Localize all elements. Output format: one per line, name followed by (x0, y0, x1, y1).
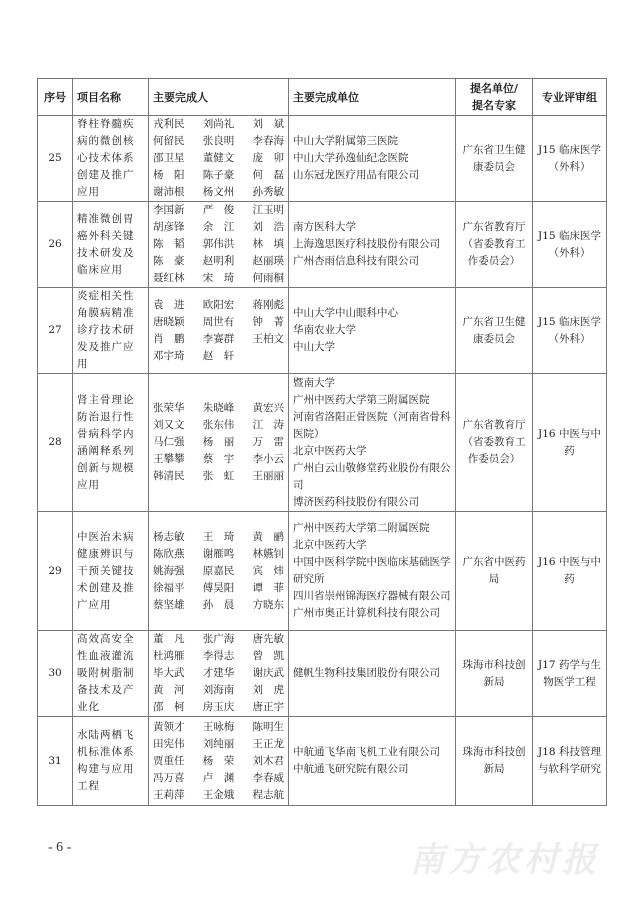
person-name: 王丽丽 (240, 468, 284, 485)
person-name: 刘纯丽 (197, 736, 241, 753)
person-name: 邵卫星 (153, 150, 197, 167)
person-name: 王咏梅 (197, 719, 241, 736)
header-nominator: 提名单位/ 提名专家 (456, 79, 533, 116)
person-name: 刘 浩 (240, 219, 284, 236)
cell-nominator: 广东省卫生健康委员会 (456, 288, 533, 374)
people-line: 陈 韬郭伟洪林 填 (153, 236, 284, 253)
header-nominator-line1: 提名单位/ (460, 80, 528, 97)
person-name: 肖 鹏 (153, 331, 197, 348)
unit-name: 上海逸思医疗科技股份有限公司 (293, 236, 451, 253)
cell-review-group: J15 临床医学（外科） (533, 202, 607, 288)
cell-seq: 30 (38, 631, 73, 717)
unit-name: 中航通飞华南飞机工业有限公司 (293, 744, 451, 761)
people-line: 张荣华朱晓峰黄宏兴 (153, 400, 284, 417)
cell-people: 杨志敏王 琦黄 鹂陈欣燕谢雁鸣林嬿钊姚海强原嘉民宾 炜徐福平傅昊阳谭 菲蔡坚雄孙… (149, 512, 289, 631)
person-name: 谢雁鸣 (197, 546, 241, 563)
person-name: 张良明 (197, 133, 241, 150)
person-name: 戎利民 (153, 116, 197, 133)
people-line: 唐晓颖周世有钟 菁 (153, 314, 284, 331)
person-name: 王攀攀 (153, 451, 197, 468)
person-name: 林嬿钊 (240, 546, 284, 563)
person-name: 卢 渊 (197, 770, 241, 787)
cell-people: 黄领才王咏梅陈明生田宪伟刘纯丽王正龙贾重任杨 荣刘木君冯万喜卢 渊李春威王莉萍王… (149, 717, 289, 806)
person-name: 张荣华 (153, 400, 197, 417)
unit-name: 博济医药科技股份有限公司 (293, 494, 451, 511)
person-name: 张 虹 (197, 468, 241, 485)
people-line: 谢沛根杨文州孙秀敏 (153, 184, 284, 201)
person-name: 何雨桐 (240, 270, 284, 287)
person-name: 江玉明 (240, 202, 284, 219)
person-name: 董 凡 (153, 631, 197, 648)
person-name: 贾重任 (153, 753, 197, 770)
person-name: 傅昊阳 (197, 580, 241, 597)
person-name: 徐福平 (153, 580, 197, 597)
cell-seq: 27 (38, 288, 73, 374)
person-name: 周世有 (197, 314, 241, 331)
cell-nominator: 广东省卫生健康委员会 (456, 116, 533, 202)
people-line: 肖 鹏李赛群王柏文 (153, 331, 284, 348)
unit-name: 华南农业大学 (293, 322, 451, 339)
unit-name: 北京中医药大学 (293, 443, 451, 460)
cell-seq: 26 (38, 202, 73, 288)
person-name: 刘海南 (197, 682, 241, 699)
cell-units: 健帆生物科技集团股份有限公司 (289, 631, 456, 717)
cell-nominator: 广东省中医药局 (456, 512, 533, 631)
unit-name: 北京中医药大学 (293, 537, 451, 554)
person-name: 唐正宇 (240, 699, 284, 716)
cell-people: 董 凡张广海唐先敏杜鸿雁李得志曾 凯毕大武才建华谢庆武黄 河刘海南刘 虎邵 柯房… (149, 631, 289, 717)
person-name: 姚海强 (153, 563, 197, 580)
person-name: 赵明利 (197, 253, 241, 270)
person-name: 李得志 (197, 648, 241, 665)
person-name: 王金娥 (197, 787, 241, 804)
unit-name: 中航通飞研究院有限公司 (293, 761, 451, 778)
person-name: 程志航 (240, 787, 284, 804)
person-name: 刘尚礼 (197, 116, 241, 133)
cell-seq: 29 (38, 512, 73, 631)
person-name: 陈 豪 (153, 253, 197, 270)
people-line: 黄 河刘海南刘 虎 (153, 682, 284, 699)
header-group: 专业评审组 (533, 79, 607, 116)
unit-name: 健帆生物科技集团股份有限公司 (293, 665, 451, 682)
person-name: 严 俊 (197, 202, 241, 219)
cell-units: 广州中医药大学第二附属医院北京中医药大学中国中医科学院中医临床基础医学研究所四川… (289, 512, 456, 631)
person-name: 李春威 (240, 770, 284, 787)
person-name: 欧阳宏 (197, 297, 241, 314)
people-line: 毕大武才建华谢庆武 (153, 665, 284, 682)
person-name: 宾 炜 (240, 563, 284, 580)
table-row: 28肾主骨理论防治退行性骨病科学内涵阐释系列创新与规模应用张荣华朱晓峰黄宏兴刘又… (38, 374, 607, 512)
person-name: 余 江 (197, 219, 241, 236)
unit-name: 中国中医科学院中医临床基础医学研究所 (293, 554, 451, 588)
person-name: 林 填 (240, 236, 284, 253)
cell-units: 中山大学附属第三医院中山大学孙逸仙纪念医院山东冠龙医疗用品有限公司 (289, 116, 456, 202)
person-name: 万 雷 (240, 434, 284, 451)
person-name: 邓宇琦 (153, 348, 197, 365)
people-line: 聂红林宋 琦何雨桐 (153, 270, 284, 287)
person-name (240, 348, 284, 365)
people-line: 陈欣燕谢雁鸣林嬿钊 (153, 546, 284, 563)
person-name: 张东伟 (197, 417, 241, 434)
people-line: 王攀攀蔡 宇李小云 (153, 451, 284, 468)
header-project: 项目名称 (73, 79, 149, 116)
document-page: 序号 项目名称 主要完成人 主要完成单位 提名单位/ 提名专家 专业评审组 25… (0, 0, 640, 905)
person-name: 黄领才 (153, 719, 197, 736)
person-name: 刘木君 (240, 753, 284, 770)
people-line: 刘又文张东伟江 涛 (153, 417, 284, 434)
unit-name: 广州杏雨信息科技有限公司 (293, 253, 451, 270)
unit-name: 广州中医药大学第三附属医院 (293, 392, 451, 409)
people-line: 董 凡张广海唐先敏 (153, 631, 284, 648)
cell-project-name: 精准微创胃癌外科关键技术研发及临床应用 (73, 202, 149, 288)
person-name: 郭伟洪 (197, 236, 241, 253)
cell-review-group: J16 中医与中药 (533, 512, 607, 631)
table-row: 25脊柱脊髓疾病的微创核心技术体系创建及推广应用戎利民刘尚礼刘 斌何留民张良明李… (38, 116, 607, 202)
page-number: - 6 - (48, 840, 71, 856)
table-row: 31水陆两栖飞机标准体系构建与应用工程黄领才王咏梅陈明生田宪伟刘纯丽王正龙贾重任… (38, 717, 607, 806)
person-name: 才建华 (197, 665, 241, 682)
cell-review-group: J18 科技管理与软科学研究 (533, 717, 607, 806)
cell-people: 袁 进欧阳宏蒋刚彪唐晓颖周世有钟 菁肖 鹏李赛群王柏文邓宇琦赵 轩 (149, 288, 289, 374)
person-name: 赵丽瑛 (240, 253, 284, 270)
people-line: 胡彦锋余 江刘 浩 (153, 219, 284, 236)
person-name: 蔡 宇 (197, 451, 241, 468)
cell-seq: 31 (38, 717, 73, 806)
person-name: 钟 菁 (240, 314, 284, 331)
person-name: 杨 丽 (197, 434, 241, 451)
unit-name: 广州中医药大学第二附属医院 (293, 520, 451, 537)
people-line: 杨志敏王 琦黄 鹂 (153, 529, 284, 546)
person-name: 黄 鹂 (240, 529, 284, 546)
table-body: 25脊柱脊髓疾病的微创核心技术体系创建及推广应用戎利民刘尚礼刘 斌何留民张良明李… (38, 116, 607, 806)
person-name: 谭 菲 (240, 580, 284, 597)
people-line: 何留民张良明李春海 (153, 133, 284, 150)
person-name: 李春海 (240, 133, 284, 150)
unit-name: 河南省洛阳正骨医院（河南省骨科医院） (293, 409, 451, 443)
person-name: 冯万喜 (153, 770, 197, 787)
person-name: 何留民 (153, 133, 197, 150)
person-name: 李国新 (153, 202, 197, 219)
people-line: 邵 柯房玉庆唐正宇 (153, 699, 284, 716)
unit-name: 广州白云山敬修堂药业股份有限公司 (293, 460, 451, 494)
header-people: 主要完成人 (149, 79, 289, 116)
cell-units: 南方医科大学上海逸思医疗科技股份有限公司广州杏雨信息科技有限公司 (289, 202, 456, 288)
cell-review-group: J15 临床医学（外科） (533, 288, 607, 374)
person-name: 蒋刚彪 (240, 297, 284, 314)
people-line: 冯万喜卢 渊李春威 (153, 770, 284, 787)
people-line: 袁 进欧阳宏蒋刚彪 (153, 297, 284, 314)
people-line: 王莉萍王金娥程志航 (153, 787, 284, 804)
watermark-logo: 南方农村报 (410, 832, 600, 881)
person-name: 杨 荣 (197, 753, 241, 770)
award-table: 序号 项目名称 主要完成人 主要完成单位 提名单位/ 提名专家 专业评审组 25… (37, 78, 607, 806)
people-line: 贾重任杨 荣刘木君 (153, 753, 284, 770)
people-line: 邓宇琦赵 轩 (153, 348, 284, 365)
unit-name: 山东冠龙医疗用品有限公司 (293, 167, 451, 184)
cell-project-name: 炎症相关性角膜病精准诊疗技术研发及推广应用 (73, 288, 149, 374)
person-name: 何 磊 (240, 167, 284, 184)
people-line: 戎利民刘尚礼刘 斌 (153, 116, 284, 133)
person-name: 李赛群 (197, 331, 241, 348)
people-line: 杜鸿雁李得志曾 凯 (153, 648, 284, 665)
person-name: 唐先敏 (240, 631, 284, 648)
person-name: 胡彦锋 (153, 219, 197, 236)
unit-name: 中山大学 (293, 339, 451, 356)
cell-seq: 28 (38, 374, 73, 512)
person-name: 张广海 (197, 631, 241, 648)
person-name: 王正龙 (240, 736, 284, 753)
cell-units: 暨南大学广州中医药大学第三附属医院河南省洛阳正骨医院（河南省骨科医院）北京中医药… (289, 374, 456, 512)
people-line: 韩清民张 虹王丽丽 (153, 468, 284, 485)
person-name: 邵 柯 (153, 699, 197, 716)
cell-nominator: 广东省教育厅（省委教育工作委员会） (456, 202, 533, 288)
person-name: 王柏文 (240, 331, 284, 348)
cell-project-name: 脊柱脊髓疾病的微创核心技术体系创建及推广应用 (73, 116, 149, 202)
person-name: 王 琦 (197, 529, 241, 546)
person-name: 毕大武 (153, 665, 197, 682)
people-line: 姚海强原嘉民宾 炜 (153, 563, 284, 580)
person-name: 董健文 (197, 150, 241, 167)
person-name: 陈明生 (240, 719, 284, 736)
person-name: 刘 斌 (240, 116, 284, 133)
person-name: 陈子豪 (197, 167, 241, 184)
unit-name: 暨南大学 (293, 375, 451, 392)
cell-nominator: 珠海市科技创新局 (456, 631, 533, 717)
cell-project-name: 高效高安全性血液灌流吸附树脂制备技术及产业化 (73, 631, 149, 717)
cell-nominator: 广东省教育厅（省委教育工作委员会） (456, 374, 533, 512)
cell-seq: 25 (38, 116, 73, 202)
header-units: 主要完成单位 (289, 79, 456, 116)
cell-project-name: 中医治未病健康辨识与干预关键技术创建及推广应用 (73, 512, 149, 631)
people-line: 田宪伟刘纯丽王正龙 (153, 736, 284, 753)
person-name: 庞 卯 (240, 150, 284, 167)
people-line: 陈 豪赵明利赵丽瑛 (153, 253, 284, 270)
unit-name: 中山大学附属第三医院 (293, 133, 451, 150)
person-name: 方晓东 (240, 597, 284, 614)
unit-name: 广州市奥正计算机科技有限公司 (293, 605, 451, 622)
cell-project-name: 肾主骨理论防治退行性骨病科学内涵阐释系列创新与规模应用 (73, 374, 149, 512)
person-name: 聂红林 (153, 270, 197, 287)
cell-people: 戎利民刘尚礼刘 斌何留民张良明李春海邵卫星董健文庞 卯杨 阳陈子豪何 磊谢沛根杨… (149, 116, 289, 202)
people-line: 马仁强杨 丽万 雷 (153, 434, 284, 451)
people-line: 黄领才王咏梅陈明生 (153, 719, 284, 736)
person-name: 杜鸿雁 (153, 648, 197, 665)
person-name: 陈欣燕 (153, 546, 197, 563)
person-name: 曾 凯 (240, 648, 284, 665)
unit-name: 中山大学中山眼科中心 (293, 305, 451, 322)
people-line: 徐福平傅昊阳谭 菲 (153, 580, 284, 597)
cell-review-group: J17 药学与生物医学工程 (533, 631, 607, 717)
cell-units: 中山大学中山眼科中心华南农业大学中山大学 (289, 288, 456, 374)
header-seq: 序号 (38, 79, 73, 116)
person-name: 宋 琦 (197, 270, 241, 287)
header-nominator-line2: 提名专家 (460, 97, 528, 114)
people-line: 蔡坚雄孙 晨方晓东 (153, 597, 284, 614)
person-name: 谢庆武 (240, 665, 284, 682)
person-name: 刘又文 (153, 417, 197, 434)
person-name: 赵 轩 (197, 348, 241, 365)
person-name: 田宪伟 (153, 736, 197, 753)
table-row: 27炎症相关性角膜病精准诊疗技术研发及推广应用袁 进欧阳宏蒋刚彪唐晓颖周世有钟 … (38, 288, 607, 374)
cell-review-group: J16 中医与中药 (533, 374, 607, 512)
cell-project-name: 水陆两栖飞机标准体系构建与应用工程 (73, 717, 149, 806)
person-name: 江 涛 (240, 417, 284, 434)
people-line: 杨 阳陈子豪何 磊 (153, 167, 284, 184)
people-line: 李国新严 俊江玉明 (153, 202, 284, 219)
table-row: 29中医治未病健康辨识与干预关键技术创建及推广应用杨志敏王 琦黄 鹂陈欣燕谢雁鸣… (38, 512, 607, 631)
unit-name: 四川省崇州锦海医疗器械有限公司 (293, 588, 451, 605)
person-name: 房玉庆 (197, 699, 241, 716)
cell-nominator: 珠海市科技创新局 (456, 717, 533, 806)
person-name: 杨志敏 (153, 529, 197, 546)
person-name: 蔡坚雄 (153, 597, 197, 614)
unit-name: 南方医科大学 (293, 219, 451, 236)
person-name: 袁 进 (153, 297, 197, 314)
unit-name: 中山大学孙逸仙纪念医院 (293, 150, 451, 167)
person-name: 陈 韬 (153, 236, 197, 253)
person-name: 黄 河 (153, 682, 197, 699)
person-name: 马仁强 (153, 434, 197, 451)
table-row: 26精准微创胃癌外科关键技术研发及临床应用李国新严 俊江玉明胡彦锋余 江刘 浩陈… (38, 202, 607, 288)
person-name: 黄宏兴 (240, 400, 284, 417)
cell-units: 中航通飞华南飞机工业有限公司中航通飞研究院有限公司 (289, 717, 456, 806)
person-name: 孙 晨 (197, 597, 241, 614)
person-name: 王莉萍 (153, 787, 197, 804)
person-name: 李小云 (240, 451, 284, 468)
person-name: 杨 阳 (153, 167, 197, 184)
cell-review-group: J15 临床医学（外科） (533, 116, 607, 202)
person-name: 原嘉民 (197, 563, 241, 580)
cell-people: 张荣华朱晓峰黄宏兴刘又文张东伟江 涛马仁强杨 丽万 雷王攀攀蔡 宇李小云韩清民张… (149, 374, 289, 512)
person-name: 孙秀敏 (240, 184, 284, 201)
people-line: 邵卫星董健文庞 卯 (153, 150, 284, 167)
person-name: 唐晓颖 (153, 314, 197, 331)
person-name: 朱晓峰 (197, 400, 241, 417)
person-name: 韩清民 (153, 468, 197, 485)
cell-people: 李国新严 俊江玉明胡彦锋余 江刘 浩陈 韬郭伟洪林 填陈 豪赵明利赵丽瑛聂红林宋… (149, 202, 289, 288)
person-name: 谢沛根 (153, 184, 197, 201)
table-header-row: 序号 项目名称 主要完成人 主要完成单位 提名单位/ 提名专家 专业评审组 (38, 79, 607, 116)
table-row: 30高效高安全性血液灌流吸附树脂制备技术及产业化董 凡张广海唐先敏杜鸿雁李得志曾… (38, 631, 607, 717)
person-name: 刘 虎 (240, 682, 284, 699)
person-name: 杨文州 (197, 184, 241, 201)
